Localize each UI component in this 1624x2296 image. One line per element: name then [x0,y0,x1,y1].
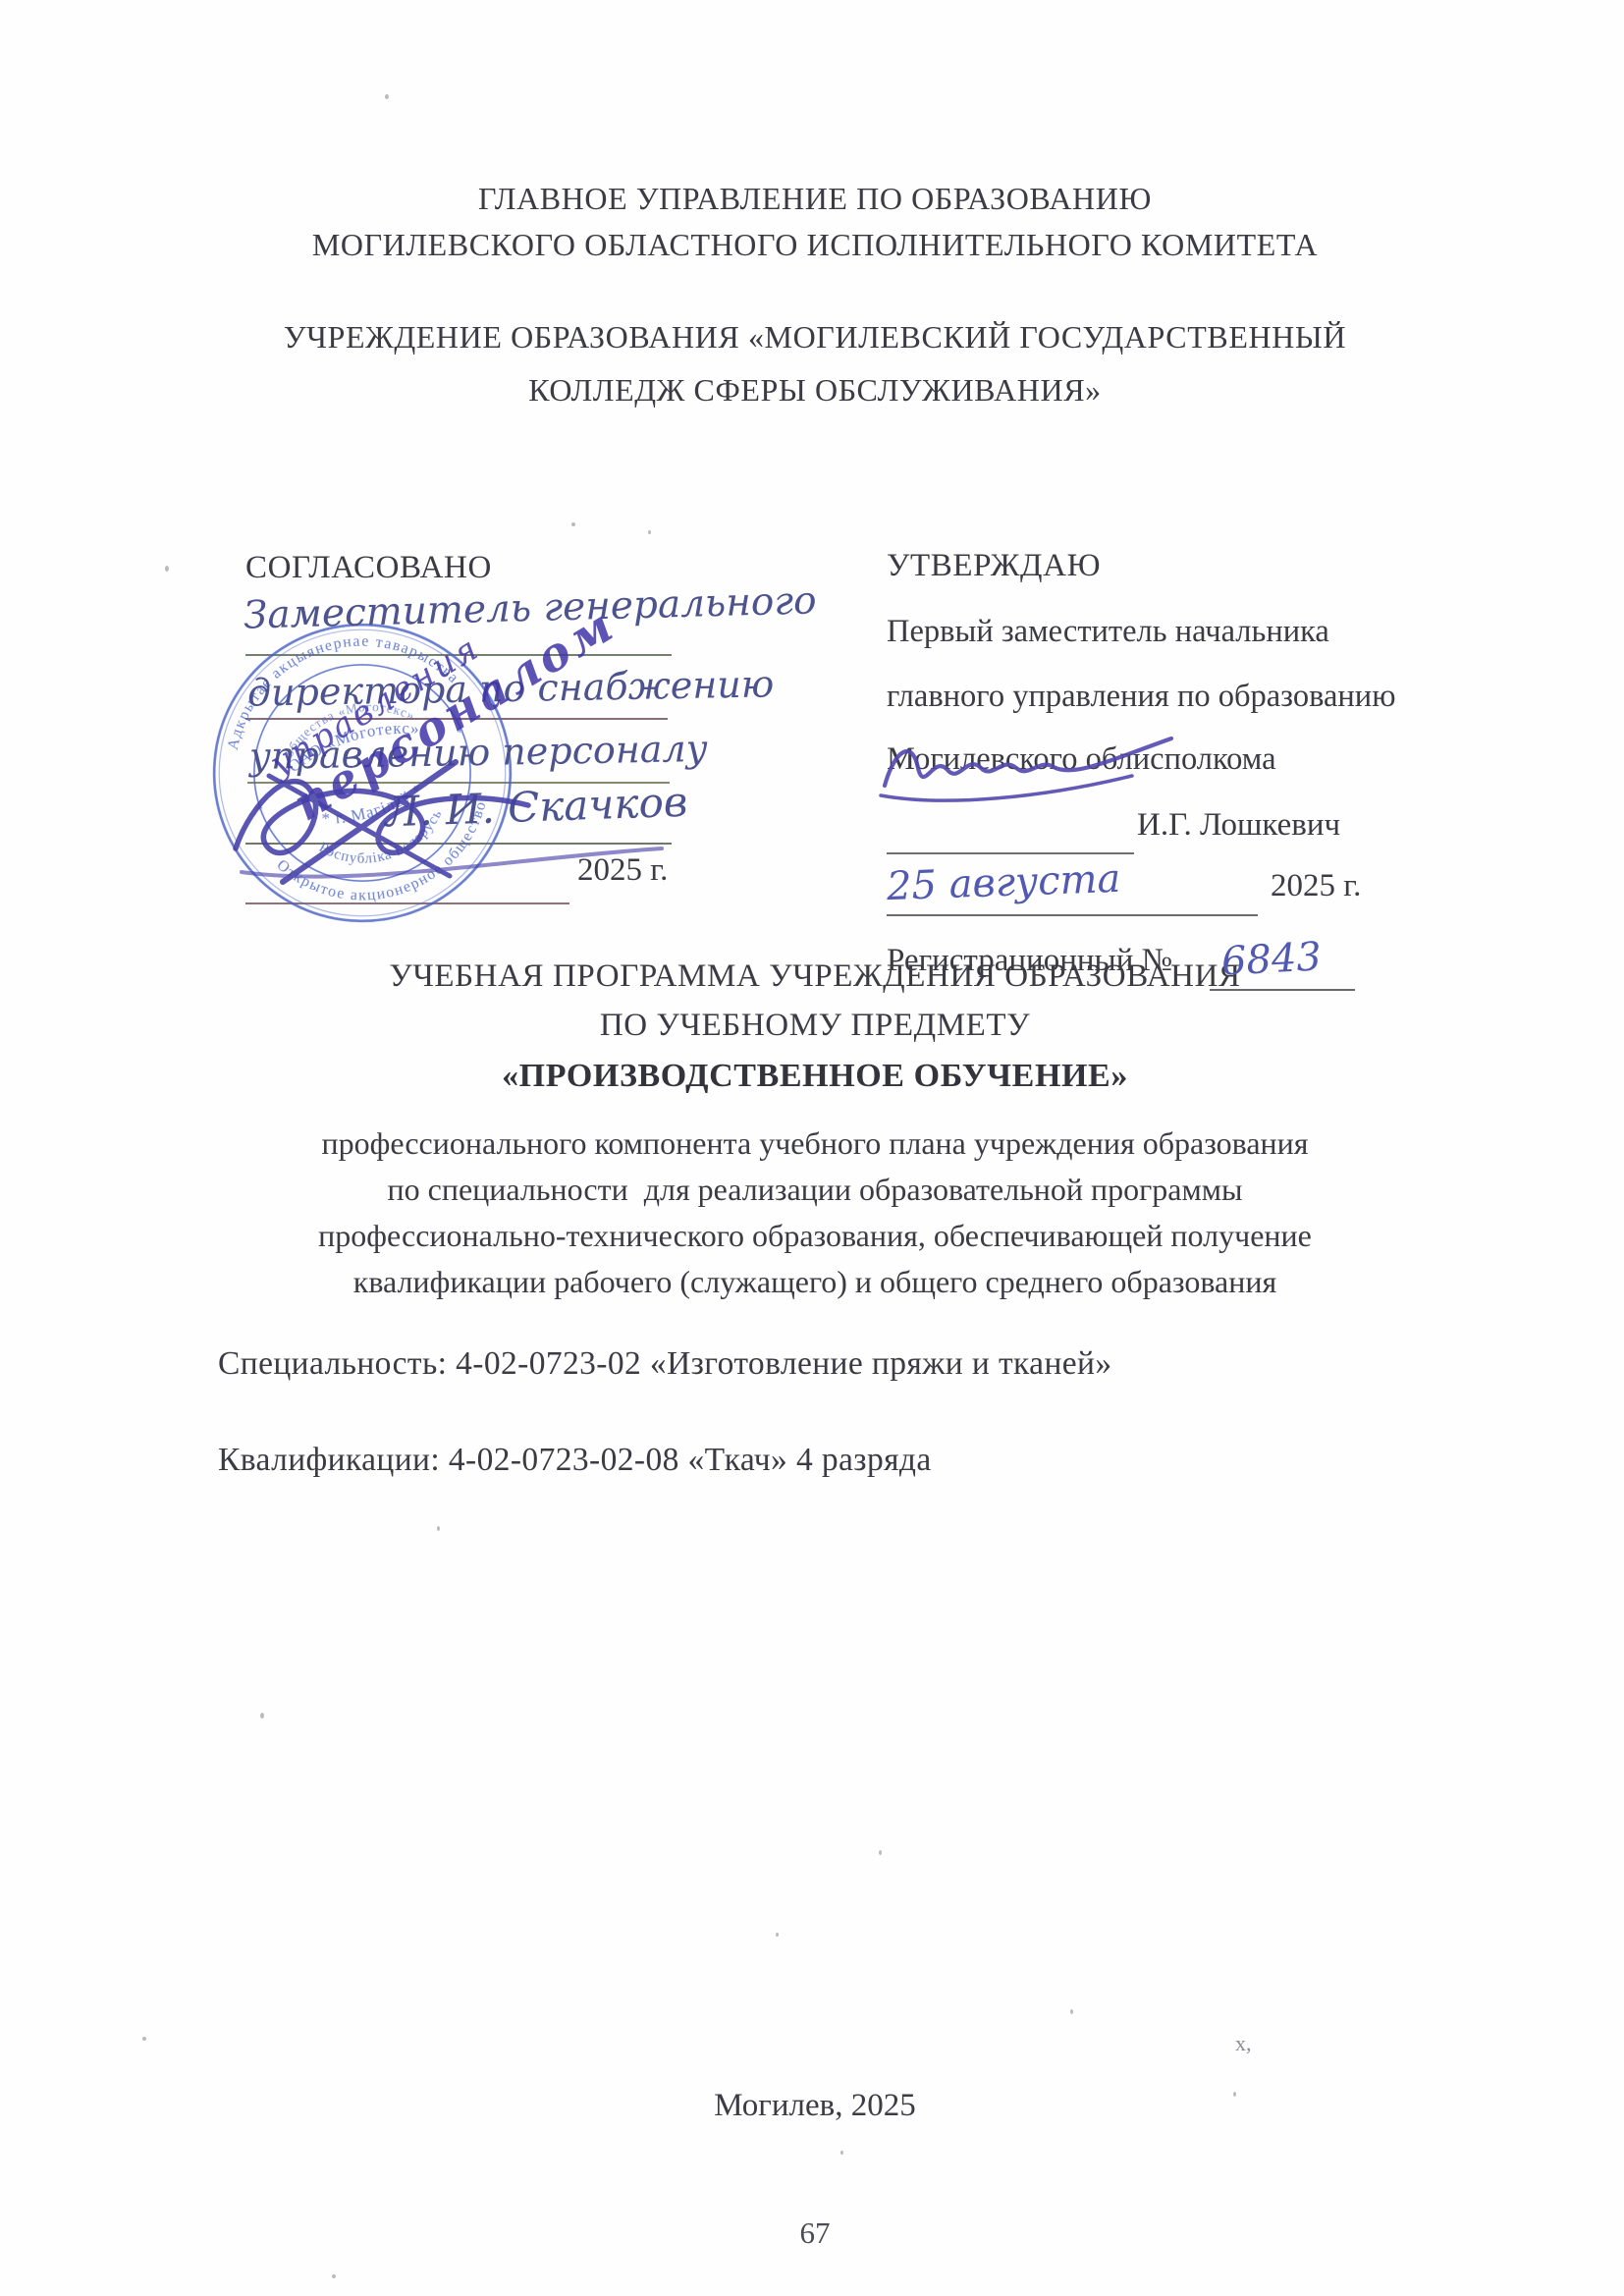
approved-signature-flourish [877,721,1181,815]
scan-speck [879,1850,882,1855]
program-title-subject: «ПРОИЗВОДСТВЕННОЕ ОБУЧЕНИЕ» [118,1057,1512,1095]
scan-speck [332,2274,336,2278]
scan-speck [142,2037,146,2041]
subtitle-line-4: квалификации рабочего (служащего) и обще… [118,1264,1512,1300]
institution-line-1: УЧРЕЖДЕНИЕ ОБРАЗОВАНИЯ «МОГИЛЕВСКИЙ ГОСУ… [118,319,1512,355]
scanned-document-page: ГЛАВНОЕ УПРАВЛЕНИЕ ПО ОБРАЗОВАНИЮ МОГИЛЕ… [0,0,1624,2296]
page-number: 67 [118,2215,1512,2251]
scan-speck [571,522,575,526]
subtitle-line-2: по специальности для реализации образова… [118,1172,1512,1208]
approved-label: УТВЕРЖДАЮ [887,548,1101,585]
city-year: Могилев, 2025 [118,2088,1512,2125]
approved-line-2: главного управления по образованию [887,679,1395,715]
program-title-line-2: ПО УЧЕБНОМУ ПРЕДМЕТУ [118,1008,1512,1045]
institution-line-2: КОЛЛЕДЖ СФЕРЫ ОБСЛУЖИВАНИЯ» [118,372,1512,409]
authority-line-1: ГЛАВНОЕ УПРАВЛЕНИЕ ПО ОБРАЗОВАНИЮ [118,181,1512,217]
approved-handwritten-date: 25 августа [886,856,1121,909]
scan-speck [840,2151,843,2155]
approved-date-underline [887,914,1258,916]
scan-speck [437,1526,440,1531]
subtitle-line-3: профессионально-технического образования… [118,1218,1512,1254]
scan-speck [776,1933,779,1937]
approved-signature-underline [887,852,1134,854]
scan-speck [1070,2009,1073,2014]
scan-speck [165,566,169,572]
specialty-line: Специальность: 4-02-0723-02 «Изготовлени… [218,1345,1112,1384]
agreed-signature-flourish [218,733,679,909]
approved-year-label: 2025 г. [1271,868,1361,905]
scan-speck [385,94,389,99]
subtitle-line-1: профессионального компонента учебного пл… [118,1125,1512,1162]
scan-speck [1233,2092,1236,2097]
scan-speck [260,1713,264,1719]
qualification-line: Квалификации: 4-02-0723-02-08 «Ткач» 4 р… [218,1442,932,1480]
authority-line-2: МОГИЛЕВСКОГО ОБЛАСТНОГО ИСПОЛНИТЕЛЬНОГО … [118,227,1512,263]
scan-speck [648,530,651,534]
registration-number-handwritten: 6843 [1220,934,1323,984]
approved-line-1: Первый заместитель начальника [887,614,1329,650]
stray-pen-mark: х, [1235,2031,1252,2055]
